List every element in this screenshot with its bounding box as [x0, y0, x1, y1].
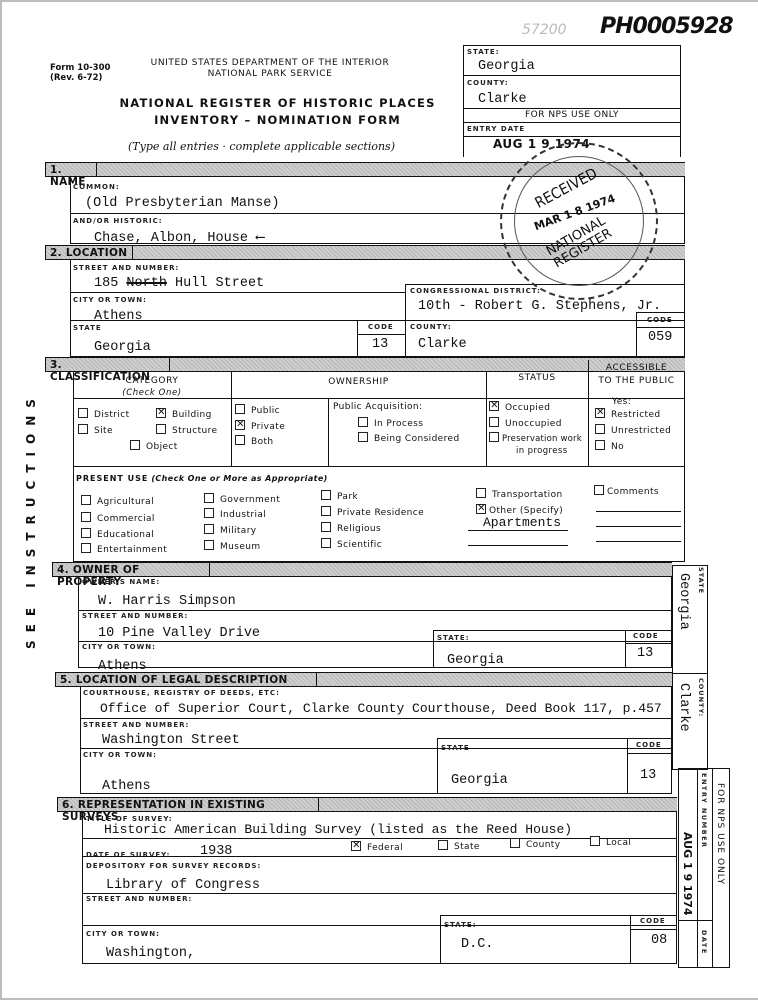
checkbox-private-residence[interactable]: Private Residence — [321, 506, 424, 518]
other-use-value[interactable]: Apartments — [483, 515, 561, 530]
checkbox-icon[interactable] — [358, 417, 368, 427]
option-label: Government — [220, 495, 280, 505]
checkbox-icon[interactable] — [358, 432, 368, 442]
option-label: Entertainment — [97, 545, 167, 555]
courthouse-value: Office of Superior Court, Clarke County … — [100, 701, 662, 716]
checkbox-icon[interactable] — [204, 493, 214, 503]
side-state-label: STATE — [697, 567, 705, 594]
checkbox-military[interactable]: Military — [204, 524, 257, 536]
nps-county-value: Clarke — [478, 92, 527, 107]
checkbox-icon[interactable] — [321, 490, 331, 500]
depository-city-label: CITY OR TOWN: — [86, 930, 160, 938]
historic-name-label: AND/OR HISTORIC: — [73, 217, 163, 225]
title-line-2: INVENTORY – NOMINATION FORM — [110, 112, 445, 129]
section-4-body — [78, 577, 672, 668]
fill-line — [468, 530, 568, 531]
option-label: Public — [251, 406, 280, 416]
depository-code-label: CODE — [640, 917, 666, 925]
divider — [78, 610, 672, 611]
divider — [433, 630, 672, 631]
checkbox-district[interactable]: District — [78, 408, 130, 420]
fill-line — [596, 511, 681, 512]
divider — [630, 929, 677, 930]
checkbox-icon[interactable] — [321, 522, 331, 532]
option-label: Private Residence — [337, 508, 424, 518]
divider — [433, 630, 434, 668]
side-county-label: COUNTY: — [697, 678, 705, 717]
section-3-title: 3. CLASSIFICATION — [45, 357, 170, 372]
access-header-2: TO THE PUBLIC — [588, 375, 685, 388]
street-value: 185 North Hull Street — [94, 276, 264, 291]
option-label: Structure — [172, 426, 217, 436]
form-revision: (Rev. 6-72) — [50, 73, 110, 83]
checkbox-checked-icon[interactable] — [595, 408, 605, 418]
checkbox-industrial[interactable]: Industrial — [204, 508, 266, 520]
option-label: Unrestricted — [611, 426, 671, 436]
depository-state-label: STATE: — [444, 921, 477, 929]
checkbox-both[interactable]: Both — [235, 435, 274, 447]
county-code-label: CODE — [647, 316, 673, 324]
option-label: County — [526, 840, 560, 850]
divider — [627, 753, 672, 754]
checkbox-no[interactable]: No — [595, 440, 624, 452]
street-name: Hull Street — [175, 276, 264, 291]
divider — [697, 768, 698, 968]
checkbox-preservation[interactable]: Preservation work — [489, 432, 582, 444]
checkbox-state[interactable]: State — [438, 840, 480, 852]
divider — [625, 643, 672, 644]
divider — [70, 292, 405, 293]
checkbox-unrestricted[interactable]: Unrestricted — [595, 424, 671, 436]
checkbox-icon[interactable] — [130, 440, 140, 450]
section-2-title: 2. LOCATION — [45, 245, 133, 260]
divider — [73, 466, 685, 467]
owner-name-label: OWNER'S NAME: — [82, 578, 160, 586]
checkbox-museum[interactable]: Museum — [204, 540, 261, 552]
faint-number: 57200 — [522, 22, 567, 38]
received-stamp: RECEIVED MAR 1 8 1974 NATIONAL REGISTER — [500, 142, 658, 300]
survey-title-value: Historic American Building Survey (liste… — [104, 822, 572, 837]
city-value: Athens — [94, 309, 143, 324]
divider — [78, 641, 672, 642]
checkbox-icon[interactable] — [204, 524, 214, 534]
option-label: Educational — [97, 530, 154, 540]
fill-line — [468, 545, 568, 546]
owner-city-label: CITY OR TOWN: — [82, 643, 156, 651]
option-label: Both — [251, 437, 274, 447]
divider — [440, 915, 677, 916]
option-label: Industrial — [220, 510, 266, 520]
divider — [357, 320, 358, 357]
divider — [82, 856, 677, 857]
option-label: Private — [251, 422, 285, 432]
checkbox-restricted[interactable]: Restricted — [595, 408, 661, 420]
checkbox-private[interactable]: Private — [235, 420, 285, 432]
owner-street-value: 10 Pine Valley Drive — [98, 626, 260, 641]
owner-name-value: W. Harris Simpson — [98, 594, 236, 609]
checkbox-educational[interactable]: Educational — [81, 528, 154, 540]
legal-state-label: STATE — [441, 744, 470, 752]
form-number: Form 10-300 — [50, 63, 110, 73]
entry-number-label: ENTRY NUMBER — [700, 773, 708, 849]
checkbox-icon[interactable] — [476, 488, 486, 498]
instructions-note: (Type all entries · complete applicable … — [128, 140, 395, 153]
title-line-1: NATIONAL REGISTER OF HISTORIC PLACES — [110, 95, 445, 112]
option-label: Comments — [607, 487, 659, 497]
section-6-title: 6. REPRESENTATION IN EXISTING SURVEYS — [57, 797, 319, 812]
divider — [636, 327, 685, 328]
checkbox-being-considered[interactable]: Being Considered — [358, 432, 460, 444]
checkbox-icon[interactable] — [321, 506, 331, 516]
nps-state-value: Georgia — [478, 59, 535, 74]
courthouse-label: COURTHOUSE, REGISTRY OF DEEDS, ETC: — [83, 689, 280, 697]
option-label: No — [611, 442, 624, 452]
option-label: Object — [146, 442, 178, 452]
option-label: Local — [606, 838, 631, 848]
checkbox-checked-icon[interactable] — [235, 420, 245, 430]
checkbox-federal[interactable]: Federal — [351, 841, 403, 853]
depository-state-value: D.C. — [461, 937, 493, 952]
state-value: Georgia — [94, 340, 151, 355]
side-nps-use-only: FOR NPS USE ONLY — [715, 783, 725, 885]
depository-code-value: 08 — [651, 933, 667, 948]
checkbox-icon[interactable] — [510, 838, 520, 848]
option-label: Agricultural — [97, 497, 154, 507]
depository-label: DEPOSITORY FOR SURVEY RECORDS: — [86, 862, 261, 870]
checkbox-icon[interactable] — [81, 512, 91, 522]
checkbox-county[interactable]: County — [510, 838, 560, 850]
option-label: Transportation — [492, 490, 563, 500]
state-label: STATE — [73, 324, 102, 332]
access-header-1: ACCESSIBLE — [588, 362, 685, 375]
nps-county-label: COUNTY: — [467, 79, 509, 87]
checkbox-transportation[interactable]: Transportation — [476, 488, 563, 500]
divider — [672, 673, 708, 674]
checkbox-icon[interactable] — [590, 836, 600, 846]
struck-word: North — [126, 276, 167, 291]
divider — [678, 920, 712, 921]
checkbox-religious[interactable]: Religious — [321, 522, 381, 534]
divider — [437, 738, 672, 739]
checkbox-scientific[interactable]: Scientific — [321, 538, 382, 550]
checkbox-icon[interactable] — [78, 424, 88, 434]
county-code-value: 059 — [648, 330, 672, 345]
access-header: ACCESSIBLE TO THE PUBLIC — [588, 362, 685, 388]
divider — [636, 312, 685, 313]
checkbox-checked-icon[interactable] — [156, 408, 166, 418]
divider — [463, 108, 681, 109]
legal-city-value: Athens — [102, 779, 151, 794]
category-subtitle: (Check One) — [73, 387, 231, 399]
checkbox-icon[interactable] — [81, 543, 91, 553]
owner-state-label: STATE: — [437, 634, 470, 642]
checkbox-unoccupied[interactable]: Unoccupied — [489, 417, 562, 429]
divider — [82, 838, 677, 839]
checkbox-icon[interactable] — [204, 508, 214, 518]
checkbox-icon[interactable] — [204, 540, 214, 550]
option-label: Being Considered — [374, 434, 460, 444]
checkbox-comments[interactable]: Comments — [594, 485, 659, 497]
checkbox-icon[interactable] — [594, 485, 604, 495]
entry-date-label: ENTRY DATE — [467, 125, 525, 133]
divider — [625, 630, 626, 668]
legal-code-label: CODE — [636, 741, 662, 749]
option-label: Military — [220, 526, 257, 536]
congressional-district-value: 10th - Robert G. Stephens, Jr. — [418, 299, 661, 314]
checkbox-icon[interactable] — [489, 417, 499, 427]
checkbox-building[interactable]: Building — [156, 408, 212, 420]
nps-state-label: STATE: — [467, 48, 500, 56]
divider — [80, 748, 672, 749]
street-number: 185 — [94, 276, 118, 291]
checkbox-local[interactable]: Local — [590, 836, 631, 848]
present-use-label: PRESENT USE — [76, 474, 148, 483]
checkbox-park[interactable]: Park — [321, 490, 358, 502]
checkbox-entertainment[interactable]: Entertainment — [81, 543, 167, 555]
divider — [627, 738, 628, 794]
option-label: Religious — [337, 524, 381, 534]
checkbox-icon[interactable] — [489, 432, 499, 442]
side-state-value: Georgia — [676, 573, 691, 630]
option-label: Federal — [367, 843, 403, 853]
common-name-value: (Old Presbyterian Manse) — [85, 196, 279, 211]
legal-street-label: STREET AND NUMBER: — [83, 721, 189, 729]
depository-value: Library of Congress — [106, 878, 260, 893]
divider — [463, 75, 681, 76]
checkbox-public[interactable]: Public — [235, 404, 280, 416]
depository-city-value: Washington, — [106, 946, 195, 961]
checkbox-object[interactable]: Object — [130, 440, 178, 452]
checkbox-icon[interactable] — [78, 408, 88, 418]
ownership-header: OWNERSHIP — [231, 377, 486, 387]
entry-date-side-label: DATE — [700, 930, 708, 955]
checkbox-occupied[interactable]: Occupied — [489, 401, 550, 413]
common-name-label: COMMON: — [73, 183, 120, 191]
present-use-hint: (Check One or More as Appropriate) — [151, 474, 327, 483]
checkbox-icon[interactable] — [235, 404, 245, 414]
divider — [357, 334, 405, 335]
owner-street-label: STREET AND NUMBER: — [82, 612, 188, 620]
divider — [486, 372, 487, 466]
access-yes-label: Yes: — [612, 397, 631, 407]
divider — [70, 320, 685, 321]
public-acquisition-label: Public Acquisition: — [333, 402, 422, 412]
side-stamped-date: AUG 1 9 1974 — [681, 832, 694, 916]
checkbox-structure[interactable]: Structure — [156, 424, 217, 436]
state-code-label: CODE — [368, 323, 394, 331]
state-code-value: 13 — [372, 337, 388, 352]
department-name: UNITED STATES DEPARTMENT OF THE INTERIOR — [135, 58, 405, 69]
present-use-header: PRESENT USE (Check One or More as Approp… — [76, 474, 328, 483]
option-label: State — [454, 842, 480, 852]
page-title: NATIONAL REGISTER OF HISTORIC PLACES INV… — [110, 95, 445, 129]
option-label: Unoccupied — [505, 419, 562, 429]
depository-street-label: STREET AND NUMBER: — [86, 895, 192, 903]
checkbox-checked-icon[interactable] — [489, 401, 499, 411]
handwritten-id: PH0005928 — [600, 14, 733, 39]
congressional-district-label: CONGRESSIONAL DISTRICT: — [410, 287, 541, 295]
legal-code-value: 13 — [640, 768, 656, 783]
divider — [328, 398, 329, 466]
owner-code-label: CODE — [633, 632, 659, 640]
checkbox-government[interactable]: Government — [204, 493, 280, 505]
divider — [630, 915, 631, 964]
historic-name-value: Chase, Albon, House ⟵ — [94, 229, 264, 246]
option-label: Commercial — [97, 514, 155, 524]
checkbox-checked-icon[interactable] — [351, 841, 361, 851]
form-number-block: Form 10-300 (Rev. 6-72) — [50, 63, 110, 83]
option-label: Preservation work — [502, 434, 582, 444]
option-label: Museum — [220, 542, 261, 552]
service-name: NATIONAL PARK SERVICE — [135, 69, 405, 80]
checkbox-icon[interactable] — [235, 435, 245, 445]
divider — [463, 122, 681, 123]
county-label: COUNTY: — [410, 323, 452, 331]
city-label: CITY OR TOWN: — [73, 296, 147, 304]
fill-line — [596, 526, 681, 527]
option-label: Building — [172, 410, 212, 420]
nps-use-only: FOR NPS USE ONLY — [463, 110, 681, 120]
section-1-title: 1. NAME — [45, 162, 97, 177]
option-label: Scientific — [337, 540, 382, 550]
checkbox-site[interactable]: Site — [78, 424, 113, 436]
divider — [636, 312, 637, 357]
option-label: Site — [94, 426, 113, 436]
side-county-value: Clarke — [676, 683, 691, 732]
checkbox-icon[interactable] — [595, 424, 605, 434]
checkbox-in-process[interactable]: In Process — [358, 417, 423, 429]
preservation-cont: in progress — [516, 446, 568, 456]
option-label: Park — [337, 492, 358, 502]
option-label: In Process — [374, 419, 423, 429]
legal-city-label: CITY OR TOWN: — [83, 751, 157, 759]
legal-state-value: Georgia — [451, 773, 508, 788]
divider — [440, 915, 441, 964]
checkbox-icon[interactable] — [595, 440, 605, 450]
divider — [437, 738, 438, 794]
divider — [82, 893, 677, 894]
agency-block: UNITED STATES DEPARTMENT OF THE INTERIOR… — [135, 58, 405, 80]
checkbox-icon[interactable] — [81, 495, 91, 505]
status-header: STATUS — [486, 373, 588, 383]
category-title: CATEGORY — [73, 375, 231, 387]
checkbox-commercial[interactable]: Commercial — [81, 512, 155, 524]
section-4-title: 4. OWNER OF PROPERTY — [52, 562, 210, 577]
checkbox-icon[interactable] — [156, 424, 166, 434]
checkbox-icon[interactable] — [81, 528, 91, 538]
option-label: District — [94, 410, 130, 420]
owner-state-value: Georgia — [447, 653, 504, 668]
county-value: Clarke — [418, 337, 467, 352]
option-label: Restricted — [611, 410, 661, 420]
category-header: CATEGORY (Check One) — [73, 375, 231, 399]
divider — [712, 768, 713, 968]
fill-line — [596, 541, 681, 542]
checkbox-icon[interactable] — [321, 538, 331, 548]
section-5-title: 5. LOCATION OF LEGAL DESCRIPTION — [55, 672, 317, 687]
checkbox-icon[interactable] — [438, 840, 448, 850]
street-label: STREET AND NUMBER: — [73, 264, 179, 272]
divider — [80, 718, 672, 719]
owner-code-value: 13 — [637, 646, 653, 661]
divider — [82, 925, 677, 926]
see-instructions-sidebar: SEE INSTRUCTIONS — [24, 380, 38, 660]
survey-date-label: DATE OF SURVEY: — [86, 851, 170, 859]
option-label: Occupied — [505, 403, 550, 413]
legal-street-value: Washington Street — [102, 733, 240, 748]
checkbox-checked-icon[interactable] — [476, 504, 486, 514]
checkbox-agricultural[interactable]: Agricultural — [81, 495, 154, 507]
